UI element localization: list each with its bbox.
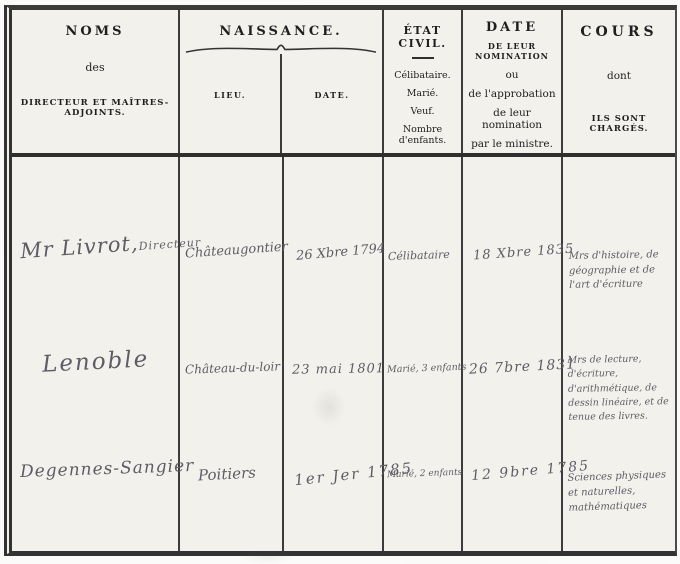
entry-date-nomination: 18 Xbre 1835 xyxy=(473,241,575,263)
header-lieu: LIEU. xyxy=(180,54,282,153)
date-nomination-line: DE LEUR NOMINATION xyxy=(463,41,561,61)
header-date-naissance: DATE. xyxy=(282,54,382,153)
entry-cours: Sciences physiques et naturelles, mathém… xyxy=(567,467,673,516)
header-date-nomination: DATE DE LEUR NOMINATION ou de l'approbat… xyxy=(463,10,563,153)
naissance-brace-icon xyxy=(184,43,378,54)
etat-civil-line: Marié. xyxy=(407,88,439,99)
date-nomination-line: de l'approbation xyxy=(468,88,555,100)
cours-dont: dont xyxy=(607,70,631,82)
column-date-nomination: 18 Xbre 1835 26 7bre 1831 12 9bre 1785 xyxy=(463,157,563,551)
entry-date-naissance: 26 Xbre 1794 xyxy=(296,241,386,264)
scan-smudge xyxy=(237,549,297,564)
entry-cours: Mrs de lecture, d'écriture, d'arithmétiq… xyxy=(567,352,672,425)
date-nomination-title: DATE xyxy=(486,20,538,35)
entry-name: Mr Livrot,Directeur xyxy=(19,227,201,264)
etat-civil-title: ÉTAT CIVIL. xyxy=(384,24,461,50)
header-naissance: NAISSANCE. xyxy=(180,10,382,54)
entry-date-naissance: 23 mai 1801 xyxy=(292,361,385,378)
column-noms: Mr Livrot,Directeur Lenoble Degennes-San… xyxy=(12,157,180,551)
cours-title: COURS xyxy=(580,24,657,40)
entry-name: Lenoble xyxy=(41,346,149,378)
header-naissance-group: NAISSANCE. LIEU. DATE. xyxy=(180,10,384,153)
cours-subtitle: ILS SONT CHARGÉS. xyxy=(563,114,675,134)
naissance-title: NAISSANCE. xyxy=(180,24,382,39)
column-cours: Mrs d'histoire, de géographie et de l'ar… xyxy=(563,157,675,551)
header-etat-civil: ÉTAT CIVIL. Célibataire. Marié. Veuf. No… xyxy=(384,10,463,153)
entry-name: Degennes-Sangier xyxy=(20,456,195,482)
table-body: Mr Livrot,Directeur Lenoble Degennes-San… xyxy=(12,157,675,551)
register-table: NOMS des DIRECTEUR ET MAÎTRES-ADJOINTS. … xyxy=(4,5,677,556)
entry-name-text: Mr Livrot, xyxy=(19,231,139,263)
column-date-naissance: 26 Xbre 1794 23 mai 1801 1er Jer 1785 xyxy=(284,157,384,551)
entry-lieu: Poitiers xyxy=(198,463,257,484)
entry-lieu: Château-du-loir xyxy=(185,359,280,376)
date-nomination-line: de leur nomination xyxy=(463,107,561,131)
date-nomination-line: par le ministre. xyxy=(471,138,553,150)
etat-civil-dash xyxy=(412,57,434,59)
entry-cours: Mrs d'histoire, de géographie et de l'ar… xyxy=(569,248,672,293)
noms-des: des xyxy=(85,61,104,74)
header-noms: NOMS des DIRECTEUR ET MAÎTRES-ADJOINTS. xyxy=(12,10,180,153)
header-cours: COURS dont ILS SONT CHARGÉS. xyxy=(563,10,675,153)
etat-civil-line: Veuf. xyxy=(411,106,435,117)
naissance-subheaders: LIEU. DATE. xyxy=(180,54,382,153)
column-etat-civil: Célibataire Marié, 3 enfants Marié, 2 en… xyxy=(384,157,463,551)
entry-etat-civil: Célibataire xyxy=(388,248,450,263)
scanned-register-page: NOMS des DIRECTEUR ET MAÎTRES-ADJOINTS. … xyxy=(0,0,680,564)
noms-subtitle: DIRECTEUR ET MAÎTRES-ADJOINTS. xyxy=(12,98,178,118)
date-nomination-line: ou xyxy=(505,69,518,81)
entry-etat-civil: Marié, 2 enfants xyxy=(387,468,463,481)
column-lieu: Châteaugontier Château-du-loir Poitiers xyxy=(180,157,284,551)
entry-etat-civil: Marié, 3 enfants xyxy=(387,362,467,376)
entry-date-nomination: 26 7bre 1831 xyxy=(469,356,577,378)
table-header-row: NOMS des DIRECTEUR ET MAÎTRES-ADJOINTS. … xyxy=(12,10,675,157)
entry-lieu: Châteaugontier xyxy=(185,239,289,261)
noms-title: NOMS xyxy=(66,24,125,39)
etat-civil-line: Nombre d'enfants. xyxy=(384,124,461,146)
etat-civil-line: Célibataire. xyxy=(394,70,450,81)
